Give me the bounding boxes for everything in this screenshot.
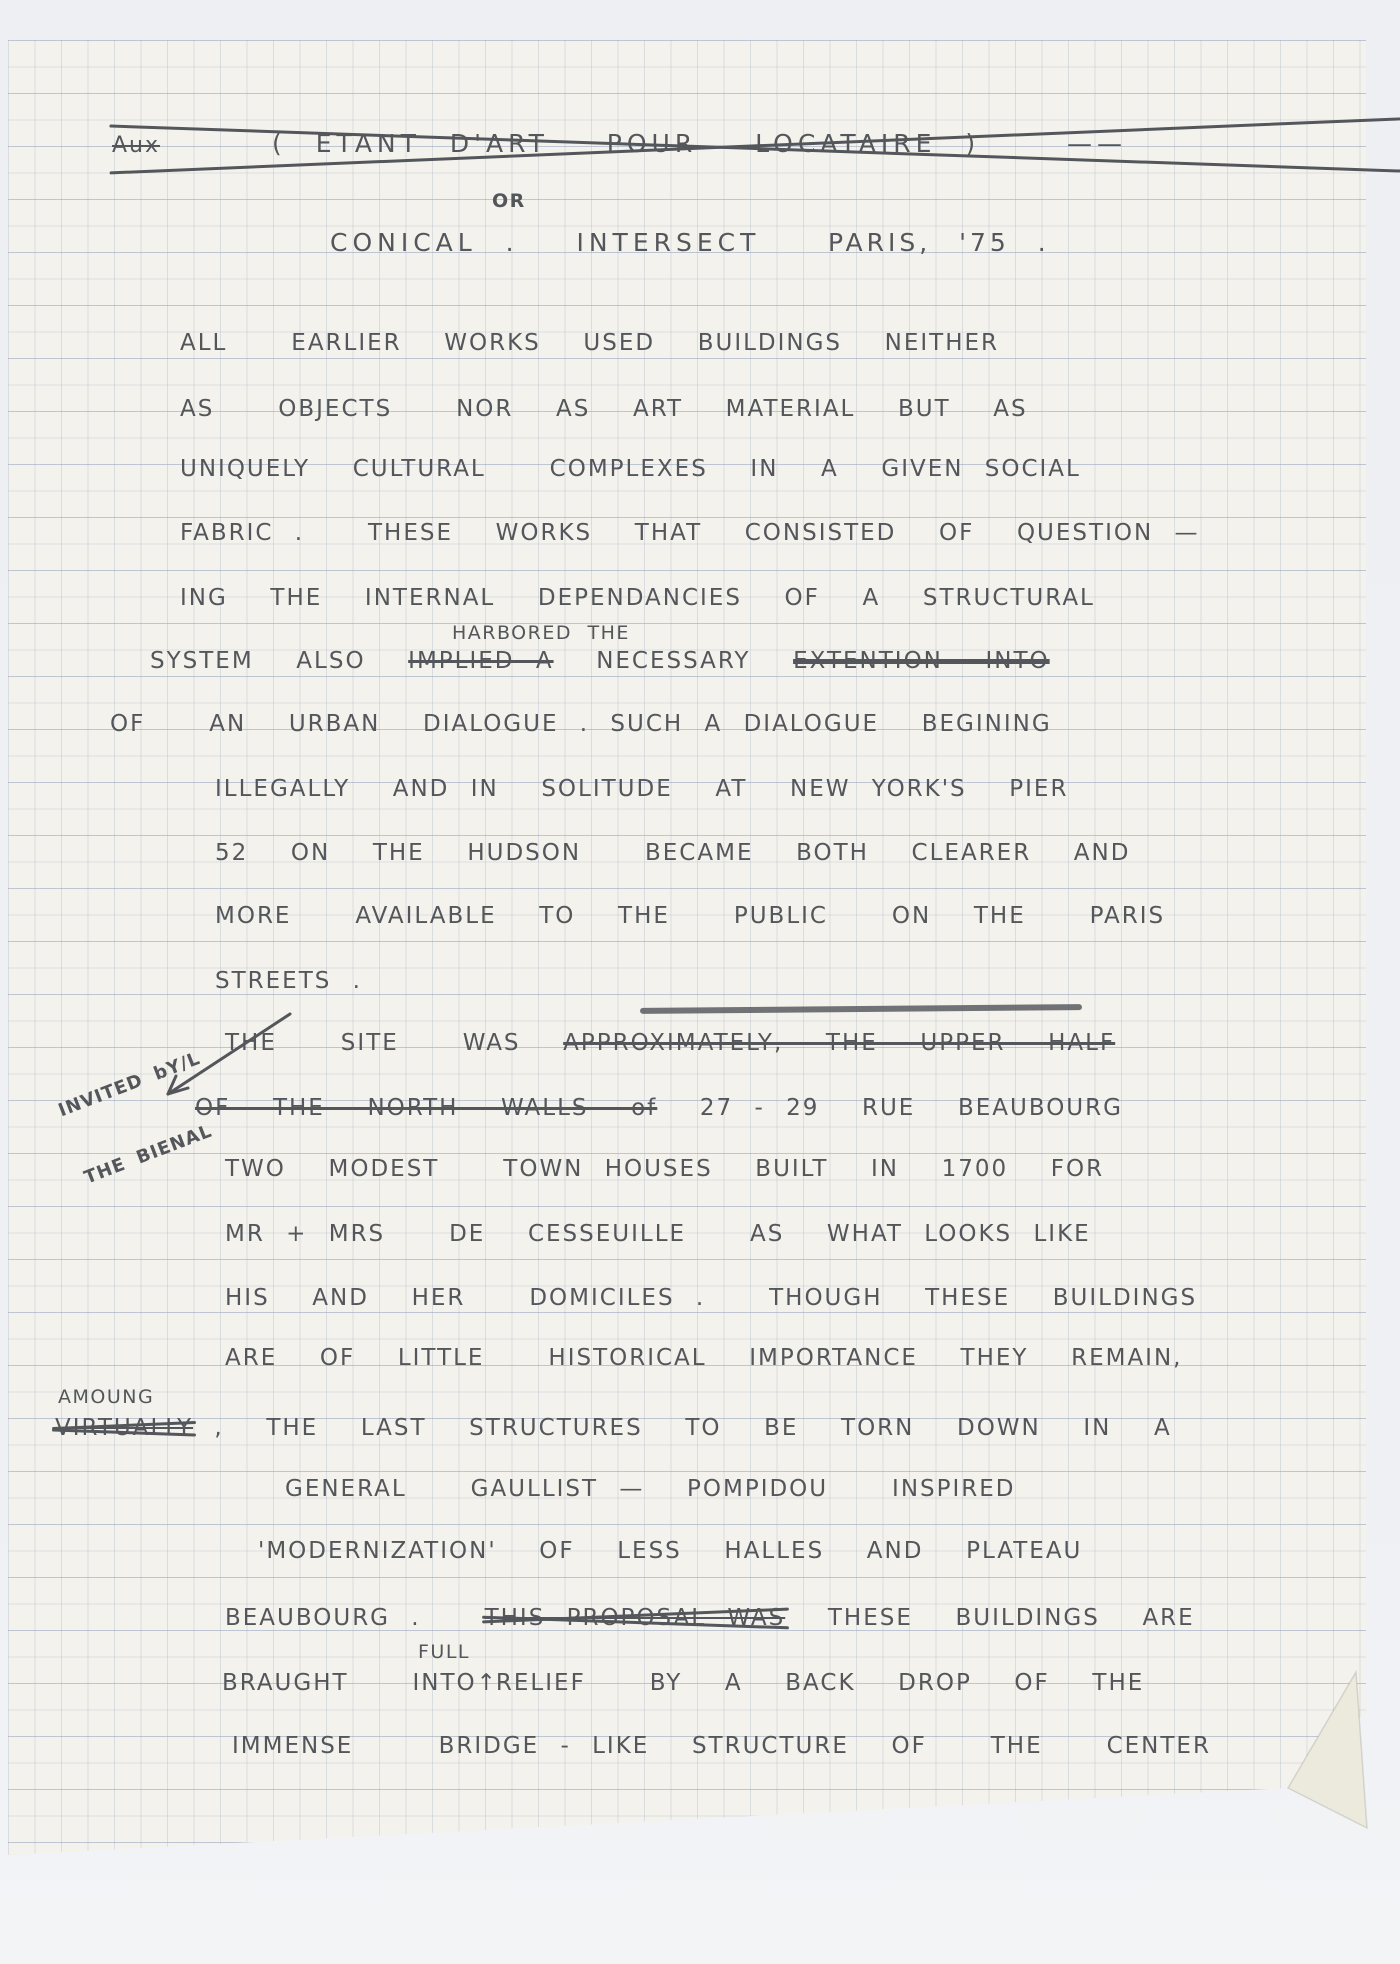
folded-corner [0,0,1400,1964]
scan-background: Aux ( ETANT D'ART POUR LOCATAIRE ) —— OR… [0,0,1400,1964]
